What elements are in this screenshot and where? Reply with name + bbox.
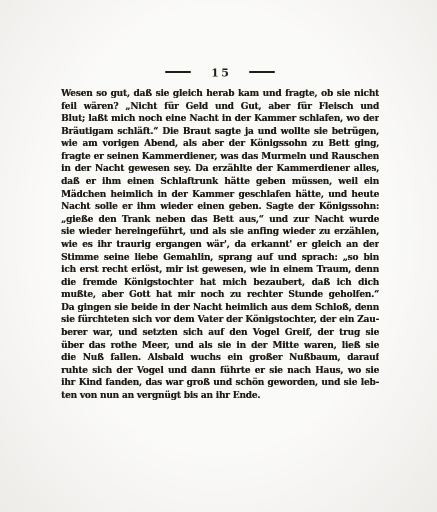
em-dash-right: [249, 71, 275, 73]
text-line: berer war, und setzten sich auf den Voge…: [61, 327, 379, 340]
page-header: 15: [61, 64, 379, 80]
page-number: 15: [209, 67, 232, 78]
text-line: ich erst recht erlöst, mir ist gewesen, …: [61, 264, 379, 277]
text-line: feil wären? „Nicht für Geld und Gut, abe…: [61, 101, 379, 114]
scanned-book-page: 15 Wesen so gut, daß sie gleich herab ka…: [0, 0, 437, 512]
text-line: fragte er seinen Kammerdiener, was das M…: [61, 151, 379, 164]
text-line: Nacht solle er ihm wieder einen geben. S…: [61, 201, 379, 214]
text-line: mußte, aber Gott hat mir noch zu rechter…: [61, 289, 379, 302]
text-line: über das rothe Meer, und als sie in der …: [61, 340, 379, 353]
text-line: Stimme seine liebe Gemahlin, sprang auf …: [61, 252, 379, 265]
text-line: sie wieder hereingeführt, und als sie an…: [61, 226, 379, 239]
text-line: wie es ihr traurig ergangen wär', da erk…: [61, 239, 379, 252]
text-line: Da gingen sie beide in der Nacht heimlic…: [61, 302, 379, 315]
body-text: Wesen so gut, daß sie gleich herab kam u…: [61, 88, 379, 402]
text-line: in der Nacht gewesen sey. Da erzählte de…: [61, 163, 379, 176]
text-line: Blut; laßt mich noch eine Nacht in der K…: [61, 113, 379, 126]
text-line: daß er ihm einen Schlaftrunk hätte geben…: [61, 176, 379, 189]
text-line: wie am vorigen Abend, als aber der König…: [61, 138, 379, 151]
text-line: ten von nun an vergnügt bis an ihr Ende.: [61, 390, 379, 403]
text-line: ruhte sich der Vogel und dann führte er …: [61, 365, 379, 378]
text-line: ihr Kind fanden, das war groß und schön …: [61, 377, 379, 390]
text-line: „gieße den Trank neben das Bett aus,“ un…: [61, 214, 379, 227]
text-line: Mädchen heimlich in der Kammer geschlafe…: [61, 189, 379, 202]
text-line: sie fürchteten sich vor dem Vater der Kö…: [61, 314, 379, 327]
text-line: Wesen so gut, daß sie gleich herab kam u…: [61, 88, 379, 101]
text-line: die fremde Königstochter hat mich bezaub…: [61, 277, 379, 290]
em-dash-left: [165, 71, 191, 73]
text-line: die Nuß fallen. Alsbald wuchs ein großer…: [61, 352, 379, 365]
text-line: Bräutigam schläft.“ Die Braut sagte ja u…: [61, 126, 379, 139]
